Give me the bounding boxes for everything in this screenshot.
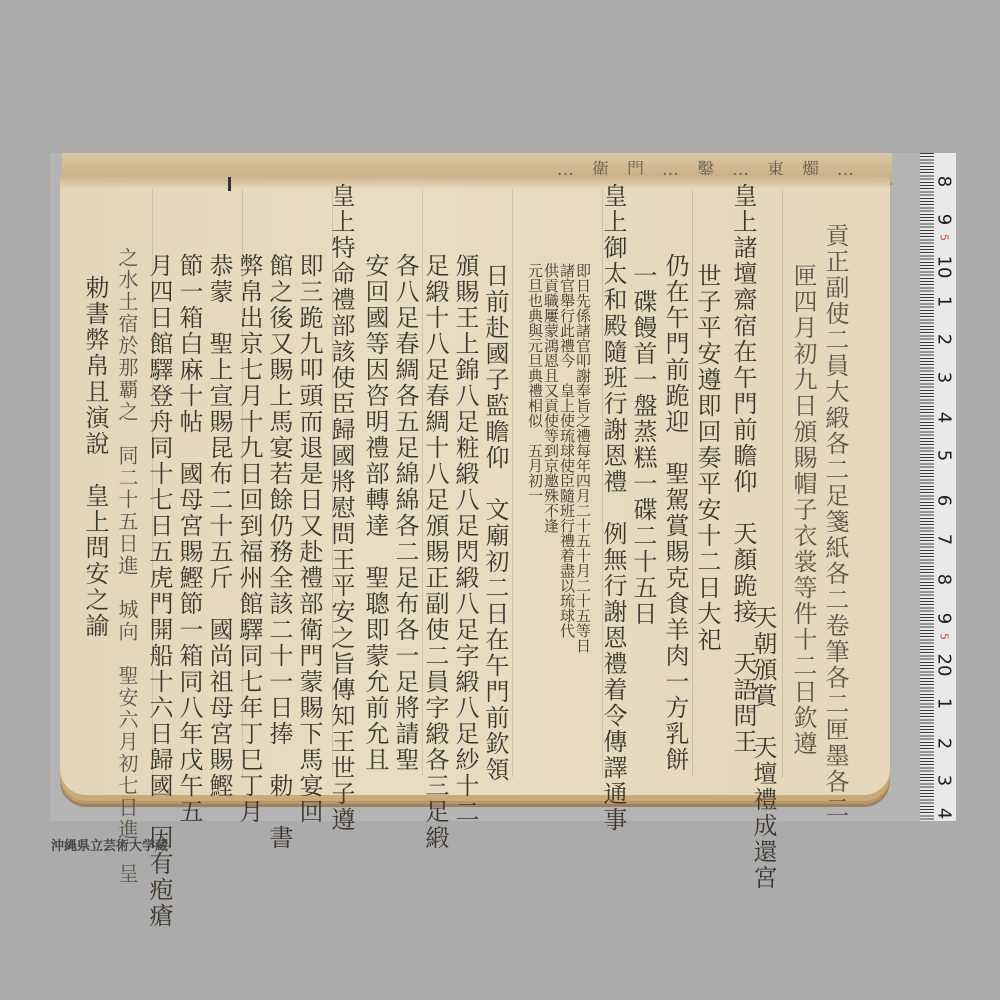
text-column: 頒賜王上錦八足粧緞八足閃緞八足字緞八足紗十二: [450, 253, 480, 825]
manuscript-page: 貢正副使二員大緞各二足箋紙各二卷筆各二匣墨各二 匣四月初九日頒賜帽子衣裳等件十二…: [60, 175, 890, 795]
ruler-label: 7: [934, 530, 955, 550]
text-column: 貢正副使二員大緞各二足箋紙各二卷筆各二匣墨各二: [820, 223, 850, 821]
measuring-ruler: 8 9 5 10 1 2 3 4 5 6 7 8 9 5 20 1 2 3 4: [920, 153, 956, 821]
ruler-label: 1: [934, 694, 955, 714]
text-column: 皇上諸壇齋宿在午門前瞻仰 天顏跪接 天語問王: [728, 183, 758, 755]
text-column: 世子平安遵即回奏平安十二日大祀: [692, 263, 722, 653]
ruler-label: 2: [934, 330, 955, 350]
ruler-label: 2: [934, 734, 955, 754]
ruler-label: 8: [934, 570, 955, 590]
ruler-label: 4: [934, 804, 955, 824]
text-column: 足緞十八足春綢十八足頒賜正副使二員字緞各三足緞: [420, 253, 450, 851]
text-column: 日前赴國子監瞻仰 文廟初二日在午門前欽領: [480, 263, 510, 783]
text-column: 恭蒙 聖上宣賜昆布二十五斤 國尚祖母宮賜鰹: [204, 253, 234, 799]
ruler-label: 8: [934, 172, 955, 192]
text-column: 仍在午門前跪迎 聖駕賞賜克食羊肉一方乳餅: [660, 253, 690, 773]
ruled-line: [782, 189, 783, 777]
text-column: 即三跪九叩頭而退是日又赴禮部衛門蒙賜下馬宴回: [294, 253, 324, 825]
text-column: 之水土宿於那覇之 同二十五日進 城向 聖安六月初七日進 呈: [112, 247, 142, 885]
ruler-label: 9: [934, 609, 955, 629]
text-column: 皇上特命禮部該使臣歸國將慰問王平安之旨傳知王世子遵: [326, 183, 356, 833]
page-fold-shadow: [60, 175, 890, 189]
ruler-label: 6: [934, 491, 955, 511]
ruler-label: 9: [934, 210, 955, 230]
text-column: 勅書弊帛且演說 皇上問安之諭: [80, 275, 110, 639]
text-column: 安回國等因咨明禮部轉達 聖聰即蒙允前允且: [360, 253, 390, 773]
text-column: 月四日館驛登舟同十七日五虎門開船十六日歸國 因有疱瘡: [144, 253, 174, 929]
ruler-label: 3: [934, 368, 955, 388]
ruler-label: 3: [934, 771, 955, 791]
text-column: 節一箱白麻十帖 國母宮賜鰹節一箱同八年戊午五: [174, 253, 204, 825]
text-column: 各八足春綢各五足綿綿各二足布各一足將請聖: [390, 253, 420, 773]
text-column: 匣四月初九日頒賜帽子衣裳等件十二日欽遵: [788, 263, 818, 757]
text-column: 弊帛出京七月十九日回到福州館驛同七年丁巳丁月: [234, 253, 264, 825]
previous-page-text: …衛門…鑿…東燭…: [302, 155, 872, 175]
collection-credit: 沖縄県立芸術大学蔵: [51, 835, 168, 854]
ruler-ticks: [920, 153, 934, 821]
text-column-annotation: 元旦也典與元旦典禮相似 五月初一: [512, 263, 542, 503]
ruler-label: 10: [934, 256, 955, 276]
text-column: 館之後又賜上馬宴若餘仍務全該二十一日捧 勅 書: [264, 253, 294, 851]
ruler-label: 20: [934, 654, 955, 674]
ruler-label: 4: [934, 408, 955, 428]
ruler-label: 5: [934, 446, 955, 466]
ruler-label: 5: [938, 228, 951, 248]
ruler-label: 1: [934, 292, 955, 312]
ruler-label: 5: [938, 627, 951, 647]
text-column: 一碟饅首一盤蒸糕一碟二十五日: [628, 263, 658, 627]
ink-mark: [228, 177, 231, 191]
text-column: 皇上御太和殿隨班行謝恩禮 例無行謝恩禮着令傳譯通事: [598, 183, 628, 833]
